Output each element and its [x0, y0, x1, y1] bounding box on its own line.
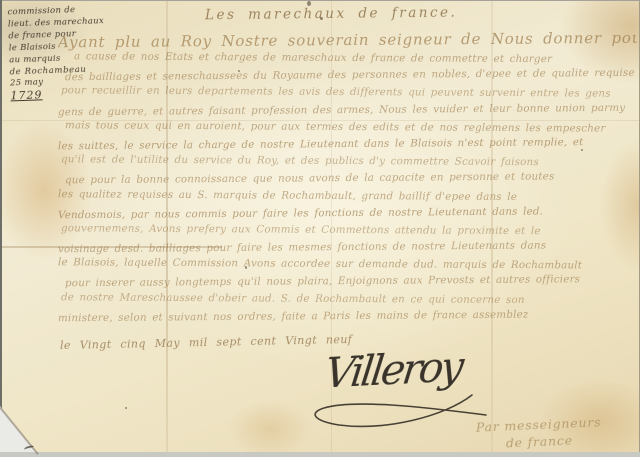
manuscript-body: Ayant plu au Roy Nostre souverain seigne…: [58, 31, 637, 327]
scan-edge: [0, 0, 2, 457]
scan-edge: [0, 452, 640, 457]
parchment-paper: Les marechaux de france. commission de l…: [2, 1, 639, 452]
body-line: ministere, selon et suivant nos ordres, …: [58, 308, 637, 330]
document-title: Les marechaux de france.: [205, 5, 457, 24]
date-line: le Vingt cinq May mil sept cent Vingt ne…: [60, 333, 352, 352]
countersign-note: Par messeigneurs de france: [453, 413, 624, 452]
ink-speck: [125, 407, 127, 409]
scan-edge: [0, 0, 640, 1]
scanned-document: Les marechaux de france. commission de l…: [0, 0, 640, 457]
villeroy-signature: Villeroy: [322, 342, 464, 397]
